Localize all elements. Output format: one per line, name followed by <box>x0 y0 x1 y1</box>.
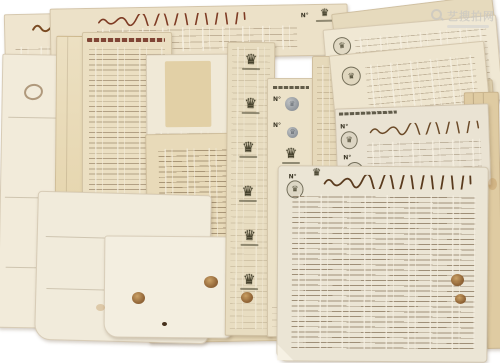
tax-stamp: ♛ <box>236 141 260 158</box>
tax-stamp: ♛ <box>305 168 329 178</box>
crown-stamp-icon: ♛ <box>345 136 352 144</box>
round-blue-stamp: ♛ <box>287 127 298 138</box>
crown-stamp-icon: ♛ <box>236 185 260 199</box>
tax-stamp: ♛ <box>236 185 260 202</box>
stamp-number-label: N° <box>273 97 281 103</box>
crown-stamp-icon: ♛ <box>279 147 303 161</box>
tax-stamp: ♛ <box>237 273 261 290</box>
stamp-caption-bar <box>241 244 259 246</box>
document-sheet <box>104 235 233 338</box>
manuscript-text-block <box>291 194 475 349</box>
stamp-number-label: N° <box>340 124 348 130</box>
crown-stamp-icon: ♛ <box>291 185 298 193</box>
stamp-number-label: N° <box>273 123 281 129</box>
tax-stamp: ♛ <box>239 97 263 114</box>
stamp-number-label: N° <box>289 174 297 180</box>
round-blue-stamp: ♛ <box>285 97 299 111</box>
photo-of-antique-documents: ♛ N° ♛ ♛ ♛ ♛ <box>0 0 500 363</box>
crown-stamp-icon: ♛ <box>239 53 263 67</box>
stamp-caption-bar <box>282 162 300 164</box>
page-corner-fold <box>277 344 293 360</box>
aged-paper-patch <box>165 61 212 127</box>
stamp-caption-bar <box>242 112 260 114</box>
watermark-brand-text: 艺搜拍网 <box>447 8 495 24</box>
stamp-caption-bar <box>239 200 257 202</box>
crown-stamp-icon: ♛ <box>239 97 263 111</box>
tax-stamp: ♛ <box>279 147 303 164</box>
crown-stamp-icon: ♛ <box>237 273 261 287</box>
stamp-number-label: N° <box>301 13 309 19</box>
round-tax-stamp: ♛ <box>340 131 358 150</box>
manuscript-text-block <box>230 47 270 329</box>
stamp-caption-bar <box>239 156 257 158</box>
crown-stamp-icon: ♛ <box>305 168 329 178</box>
crown-stamp-icon: ♛ <box>347 72 355 81</box>
crown-stamp-icon: ♛ <box>238 229 262 243</box>
site-watermark: 艺搜拍网 <box>431 8 495 28</box>
crown-stamp-icon: ♛ <box>289 129 295 136</box>
stamp-caption-bar <box>242 68 260 70</box>
round-tax-stamp: ♛ <box>286 180 303 198</box>
stamp-number-label: N° <box>343 155 351 161</box>
magnifier-icon <box>431 9 444 22</box>
printed-heading-line <box>273 86 309 89</box>
document-sheet: N° ♛ ♛ <box>276 165 488 362</box>
tax-stamp: ♛ <box>239 53 263 70</box>
stamp-caption-bar <box>240 288 258 290</box>
handwriting-flourish <box>97 12 247 27</box>
crown-stamp-icon: ♛ <box>338 42 346 51</box>
handwriting-flourish <box>368 121 480 137</box>
printed-heading-line <box>339 111 397 116</box>
round-tax-stamp: ♛ <box>341 66 362 87</box>
printed-heading-line <box>87 38 165 42</box>
handwriting-flourish <box>323 175 473 190</box>
watermark-subtext-bar <box>447 25 489 28</box>
crown-stamp-icon: ♛ <box>289 101 295 108</box>
tax-stamp: ♛ <box>238 229 262 246</box>
crown-stamp-icon: ♛ <box>236 141 260 155</box>
